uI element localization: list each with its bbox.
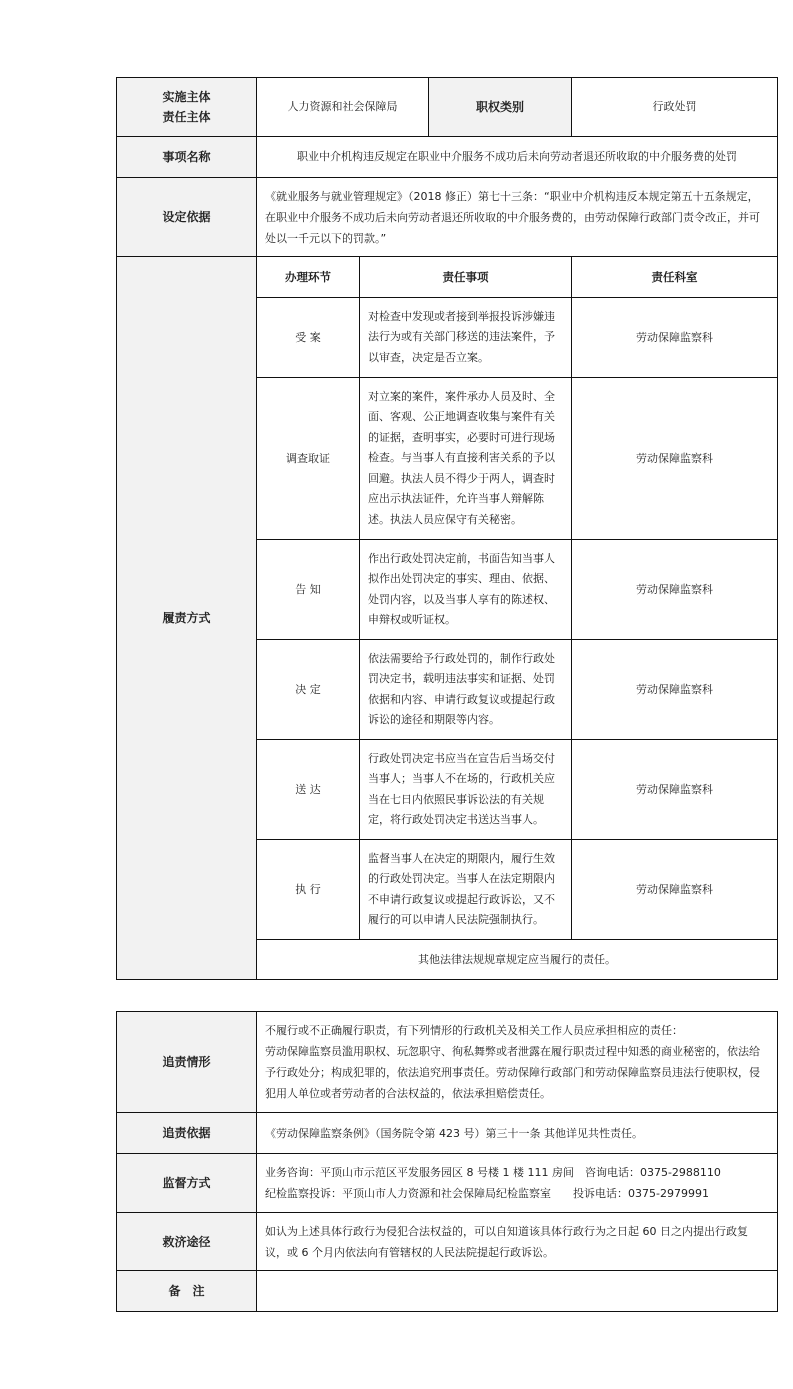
step-stage: 调查取证 bbox=[257, 378, 360, 540]
category-label: 职权类别 bbox=[429, 78, 572, 137]
item-name-row: 事项名称 职业中介机构违反规定在职业中介服务不成功后未向劳动者退还所收取的中介服… bbox=[117, 137, 778, 178]
step-office: 劳动保障监察科 bbox=[572, 298, 778, 378]
subject-label: 实施主体 责任主体 bbox=[117, 78, 257, 137]
accountability-cases-intro: 不履行或不正确履行职责，有下列情形的行政机关及相关工作人员应承担相应的责任： bbox=[265, 1020, 769, 1041]
remedy-label: 救济途径 bbox=[117, 1213, 257, 1271]
remedy-value: 如认为上述具体行政行为侵犯合法权益的，可以自知道该具体行政行为之日起 60 日之… bbox=[257, 1213, 778, 1271]
supervision-value: 业务咨询：平顶山市示范区平发服务园区 8 号楼 1 楼 111 房间 咨询电话：… bbox=[257, 1154, 778, 1213]
step-matter: 依法需要给予行政处罚的，制作行政处罚决定书，载明违法事实和证据、处罚依据和内容、… bbox=[360, 640, 572, 740]
duty-method-label: 履责方式 bbox=[117, 257, 257, 980]
remarks-label: 备 注 bbox=[117, 1271, 257, 1312]
consultation-info: 业务咨询：平顶山市示范区平发服务园区 8 号楼 1 楼 111 房间 咨询电话：… bbox=[265, 1162, 769, 1183]
step-stage: 执 行 bbox=[257, 840, 360, 940]
item-name-value: 职业中介机构违反规定在职业中介服务不成功后未向劳动者退还所收取的中介服务费的处罚 bbox=[257, 137, 778, 178]
step-stage: 决 定 bbox=[257, 640, 360, 740]
col-header-matter: 责任事项 bbox=[360, 257, 572, 298]
step-matter: 监督当事人在决定的期限内，履行生效的行政处罚决定。当事人在法定期限内不申请行政复… bbox=[360, 840, 572, 940]
accountability-table: 追责情形 不履行或不正确履行职责，有下列情形的行政机关及相关工作人员应承担相应的… bbox=[116, 1011, 778, 1312]
basis-value: 《就业服务与就业管理规定》（2018 修正）第七十三条：“职业中介机构违反本规定… bbox=[257, 178, 778, 257]
duty-footer: 其他法律法规规章规定应当履行的责任。 bbox=[257, 940, 778, 980]
duty-table: 实施主体 责任主体 人力资源和社会保障局 职权类别 行政处罚 事项名称 职业中介… bbox=[116, 77, 778, 980]
subject-row: 实施主体 责任主体 人力资源和社会保障局 职权类别 行政处罚 bbox=[117, 78, 778, 137]
basis-row: 设定依据 《就业服务与就业管理规定》（2018 修正）第七十三条：“职业中介机构… bbox=[117, 178, 778, 257]
col-header-office: 责任科室 bbox=[572, 257, 778, 298]
duty-header-row: 履责方式 办理环节 责任事项 责任科室 bbox=[117, 257, 778, 298]
accountability-cases-label: 追责情形 bbox=[117, 1012, 257, 1113]
supervision-row: 监督方式 业务咨询：平顶山市示范区平发服务园区 8 号楼 1 楼 111 房间 … bbox=[117, 1154, 778, 1213]
step-matter: 行政处罚决定书应当在宣告后当场交付当事人；当事人不在场的，行政机关应当在七日内依… bbox=[360, 740, 572, 840]
implementing-subject-label: 实施主体 bbox=[117, 87, 256, 107]
complaint-info: 纪检监察投诉：平顶山市人力资源和社会保障局纪检监察室 投诉电话：0375-297… bbox=[265, 1183, 769, 1204]
step-matter: 作出行政处罚决定前，书面告知当事人拟作出处罚决定的事实、理由、依据、处罚内容，以… bbox=[360, 540, 572, 640]
accountability-basis-row: 追责依据 《劳动保障监察条例》（国务院令第 423 号）第三十一条 其他详见共性… bbox=[117, 1113, 778, 1154]
step-office: 劳动保障监察科 bbox=[572, 540, 778, 640]
step-stage: 送 达 bbox=[257, 740, 360, 840]
step-office: 劳动保障监察科 bbox=[572, 378, 778, 540]
step-stage: 告 知 bbox=[257, 540, 360, 640]
accountability-cases-detail: 劳动保障监察员滥用职权、玩忽职守、徇私舞弊或者泄露在履行职责过程中知悉的商业秘密… bbox=[265, 1041, 769, 1104]
responsible-subject-label: 责任主体 bbox=[117, 107, 256, 127]
step-office: 劳动保障监察科 bbox=[572, 840, 778, 940]
accountability-basis-label: 追责依据 bbox=[117, 1113, 257, 1154]
col-header-stage: 办理环节 bbox=[257, 257, 360, 298]
step-stage: 受 案 bbox=[257, 298, 360, 378]
accountability-basis-value: 《劳动保障监察条例》（国务院令第 423 号）第三十一条 其他详见共性责任。 bbox=[257, 1113, 778, 1154]
step-matter: 对检查中发现或者接到举报投诉涉嫌违法行为或有关部门移送的违法案件，予以审查，决定… bbox=[360, 298, 572, 378]
remarks-value bbox=[257, 1271, 778, 1312]
remedy-row: 救济途径 如认为上述具体行政行为侵犯合法权益的，可以自知道该具体行政行为之日起 … bbox=[117, 1213, 778, 1271]
accountability-cases-value: 不履行或不正确履行职责，有下列情形的行政机关及相关工作人员应承担相应的责任： 劳… bbox=[257, 1012, 778, 1113]
category-value: 行政处罚 bbox=[572, 78, 778, 137]
step-office: 劳动保障监察科 bbox=[572, 640, 778, 740]
remarks-row: 备 注 bbox=[117, 1271, 778, 1312]
step-matter: 对立案的案件，案件承办人员及时、全面、客观、公正地调查收集与案件有关的证据，查明… bbox=[360, 378, 572, 540]
item-name-label: 事项名称 bbox=[117, 137, 257, 178]
supervision-label: 监督方式 bbox=[117, 1154, 257, 1213]
accountability-cases-row: 追责情形 不履行或不正确履行职责，有下列情形的行政机关及相关工作人员应承担相应的… bbox=[117, 1012, 778, 1113]
subject-value: 人力资源和社会保障局 bbox=[257, 78, 429, 137]
basis-label: 设定依据 bbox=[117, 178, 257, 257]
step-office: 劳动保障监察科 bbox=[572, 740, 778, 840]
